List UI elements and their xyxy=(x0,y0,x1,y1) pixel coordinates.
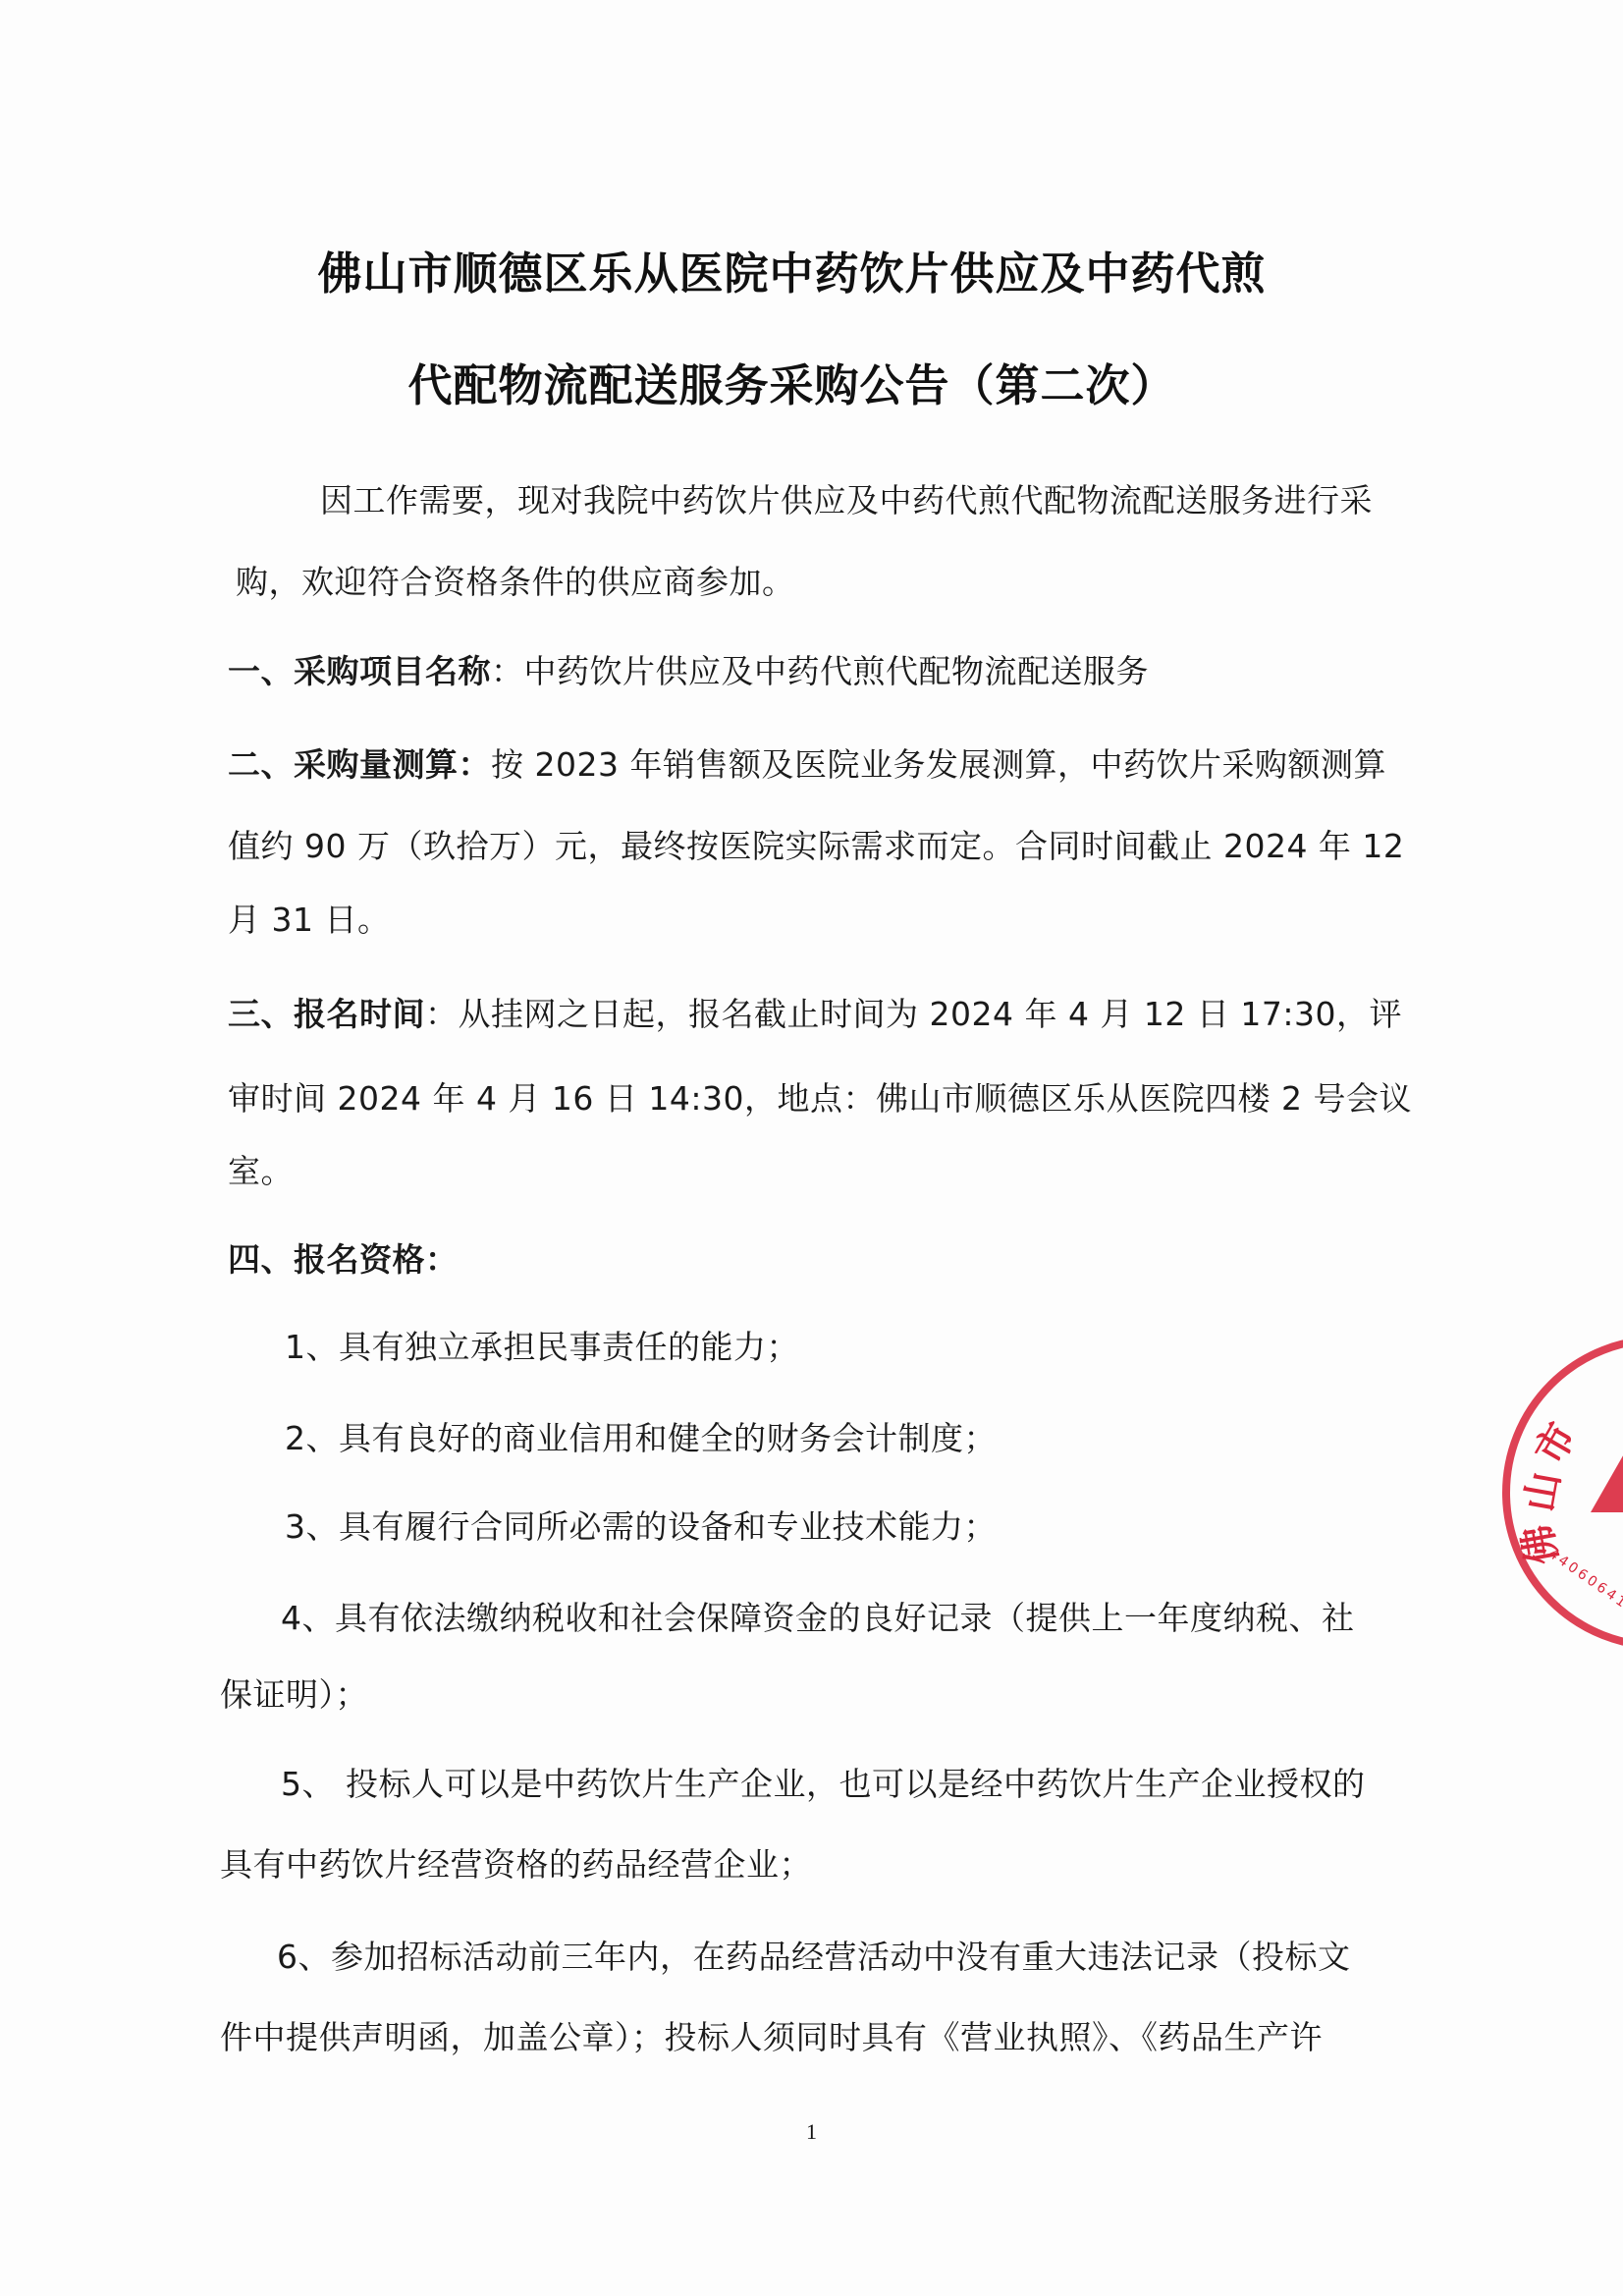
qualification-item-6-line2: 件中提供声明函，加盖公章）；投标人须同时具有《营业执照》、《药品生产许 xyxy=(220,2018,1323,2057)
intro-line-1: 因工作需要，现对我院中药饮片供应及中药代煎代配物流配送服务进行采 xyxy=(320,481,1373,520)
qualification-item-1: 1、具有独立承担民事责任的能力； xyxy=(285,1328,799,1367)
intro-line-2: 购，欢迎符合资格条件的供应商参加。 xyxy=(236,563,795,602)
document-page: 佛山市顺德区乐从医院中药饮片供应及中药代煎 代配物流配送服务采购公告（第二次） … xyxy=(0,0,1623,2296)
page-number: 1 xyxy=(0,2119,1623,2145)
document-title-line2: 代配物流配送服务采购公告（第二次） xyxy=(0,350,1603,413)
section2-line-1: 二、采购量测算：按 2023 年销售额及医院业务发展测算，中药饮片采购额测算 xyxy=(228,745,1386,785)
stamp-star-icon xyxy=(1591,1444,1623,1512)
qualification-item-3: 3、具有履行合同所必需的设备和专业技术能力； xyxy=(285,1507,997,1547)
qualification-item-5-line1: 5、 投标人可以是中药饮片生产企业，也可以是经中药饮片生产企业授权的 xyxy=(281,1765,1366,1804)
section3-line-1: 三、报名时间：从挂网之日起，报名截止时间为 2024 年 4 月 12 日 17… xyxy=(228,995,1402,1034)
section3-heading: 三、报名时间 xyxy=(228,995,425,1033)
section4-heading: 四、报名资格： xyxy=(228,1240,459,1280)
section1-text: ：中药饮片供应及中药代煎代配物流配送服务 xyxy=(491,652,1149,690)
document-title-line1: 佛山市顺德区乐从医院中药饮片供应及中药代煎 xyxy=(0,238,1603,301)
qualification-item-6-line1: 6、参加招标活动前三年内，在药品经营活动中没有重大违法记录（投标文 xyxy=(277,1938,1351,1977)
qualification-item-4-line1: 4、具有依法缴纳税收和社会保障资金的良好记录（提供上一年度纳税、社 xyxy=(281,1599,1355,1638)
section2-line-3: 月 31 日。 xyxy=(228,901,390,940)
qualification-item-5-line2: 具有中药饮片经营资格的药品经营企业； xyxy=(220,1845,812,1885)
section3-line-3: 室。 xyxy=(228,1152,294,1191)
qualification-item-2: 2、具有良好的商业信用和健全的财务会计制度； xyxy=(285,1419,997,1458)
section1: 一、采购项目名称：中药饮片供应及中药代煎代配物流配送服务 xyxy=(228,652,1149,691)
section2-line-2: 值约 90 万（玖拾万）元，最终按医院实际需求而定。合同时间截止 2024 年 … xyxy=(228,827,1404,866)
section1-heading: 一、采购项目名称 xyxy=(228,652,491,690)
section2-heading: 二、采购量测算： xyxy=(228,745,491,784)
qualification-item-4-line2: 保证明）； xyxy=(220,1675,368,1715)
section3-line-2: 审时间 2024 年 4 月 16 日 14:30，地点：佛山市顺德区乐从医院四… xyxy=(228,1079,1412,1119)
